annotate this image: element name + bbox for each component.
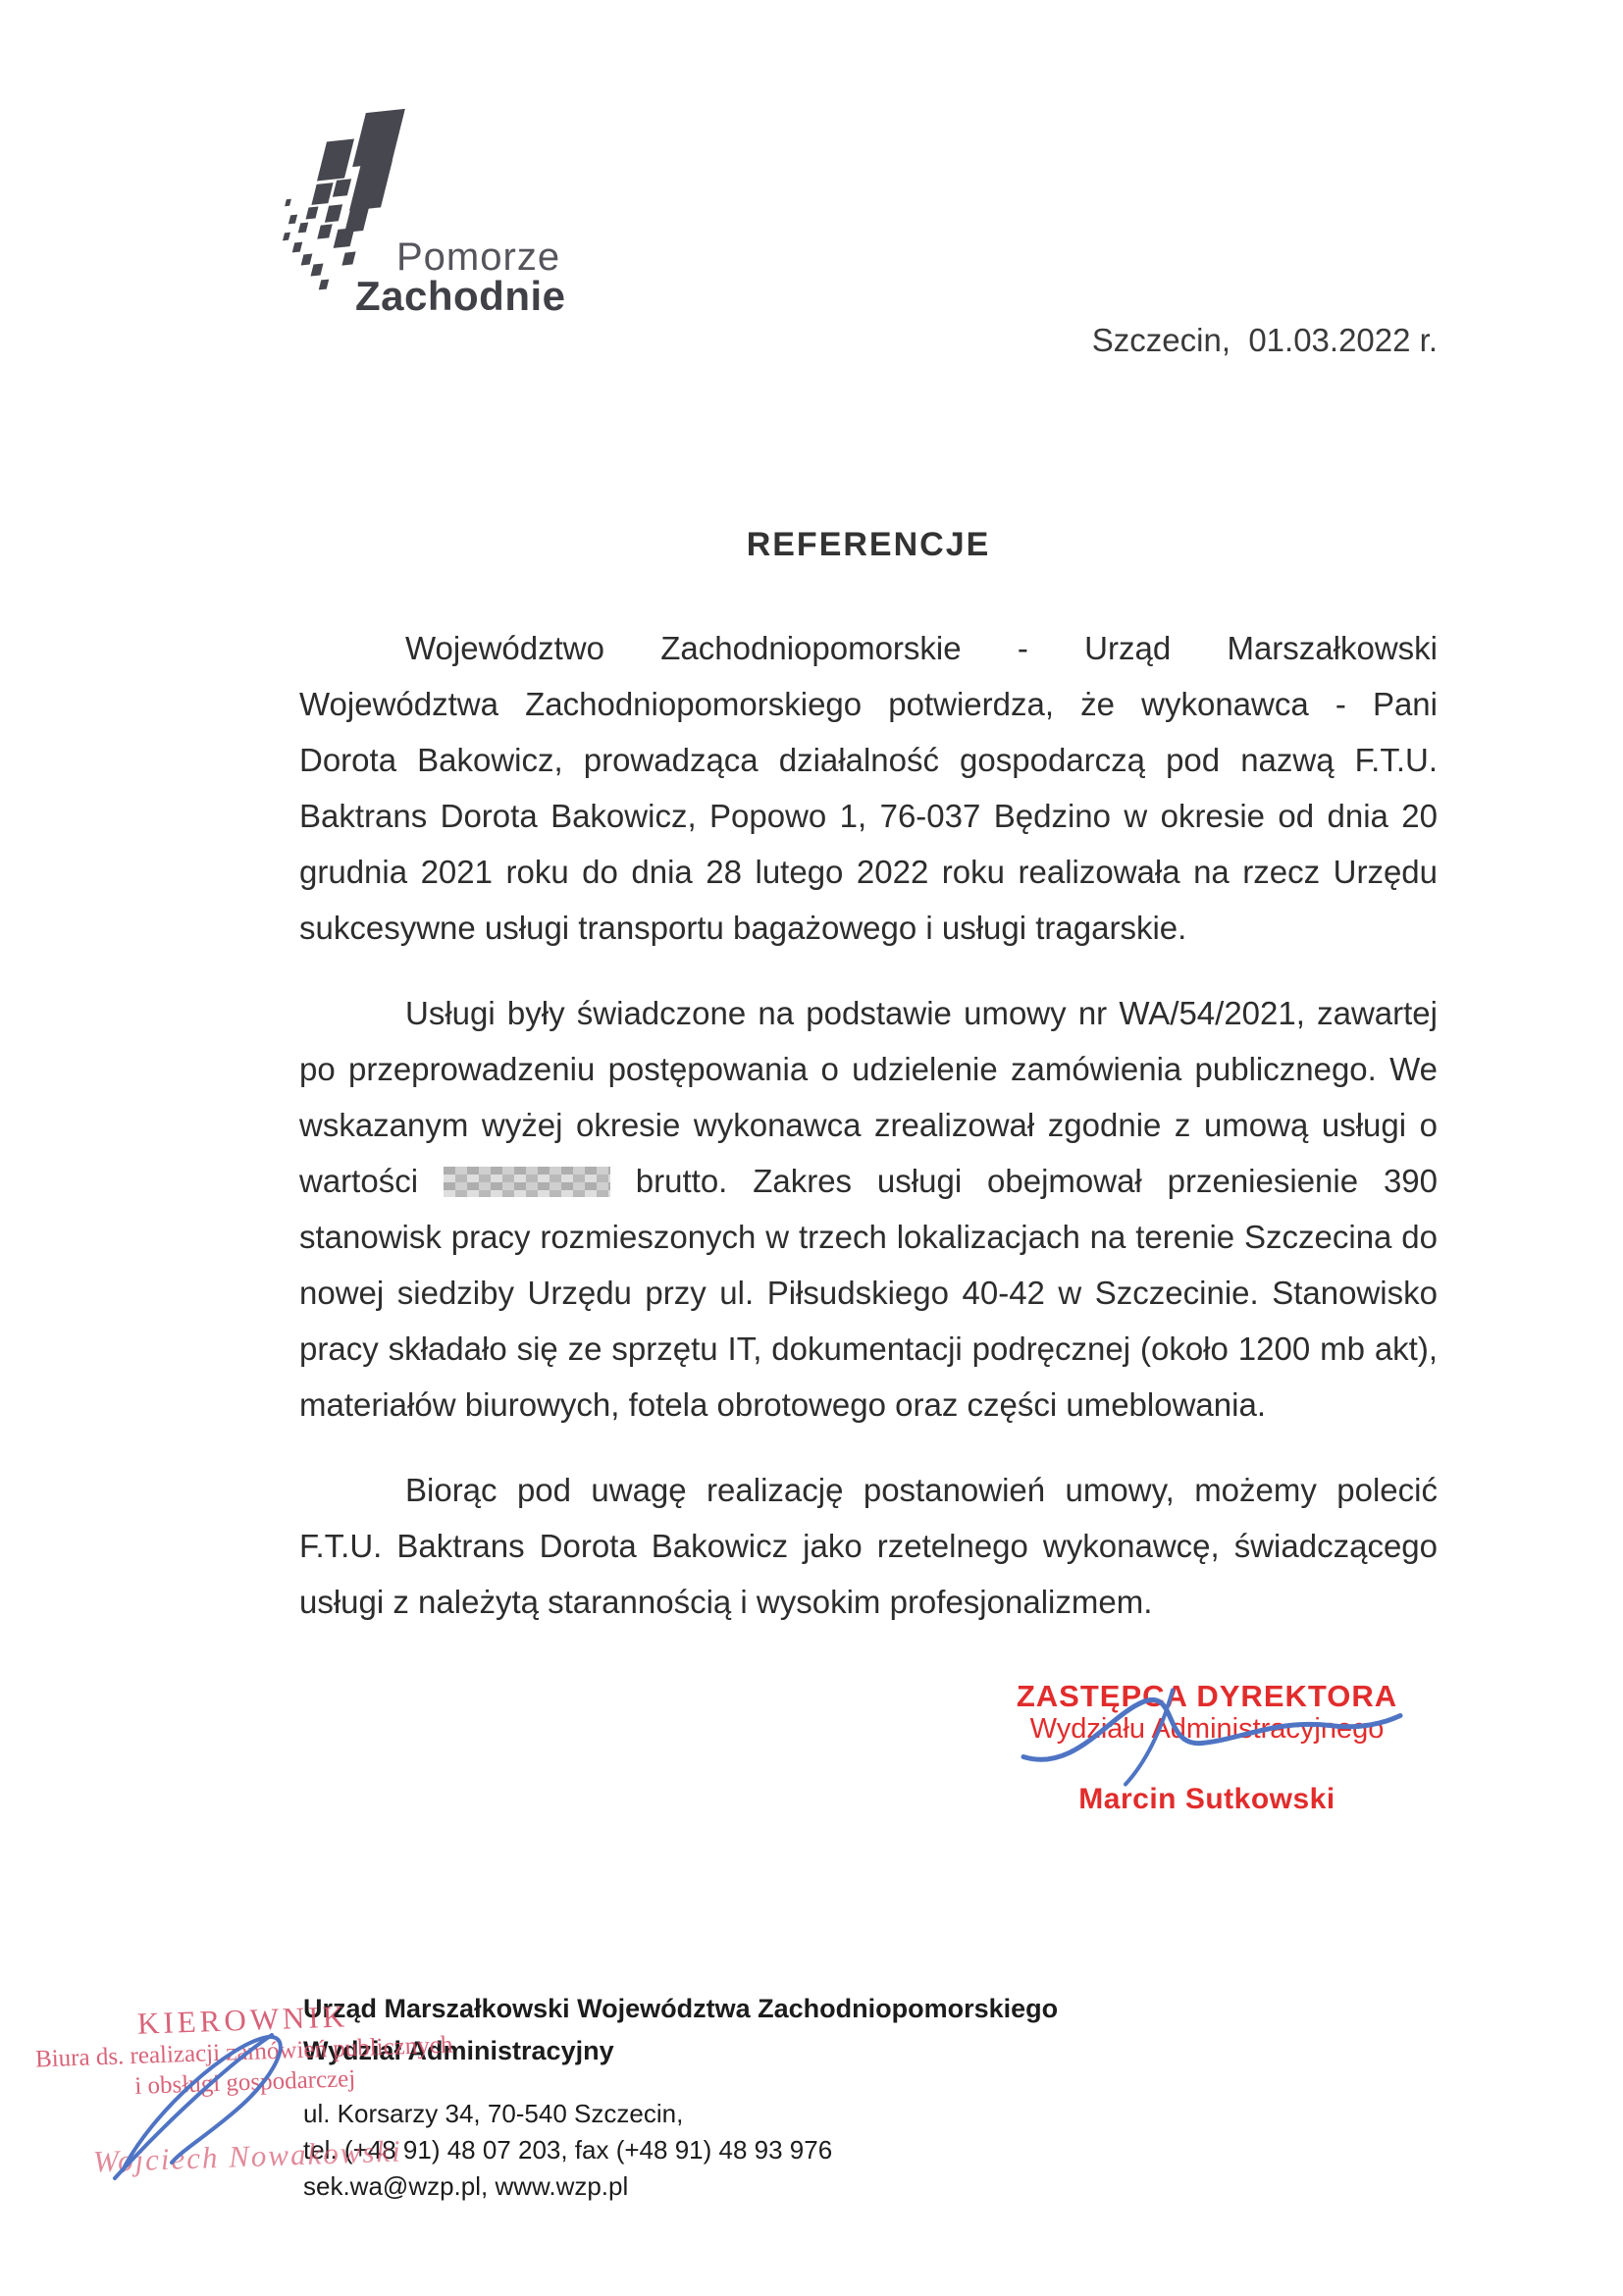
director-handwritten-signature bbox=[1016, 1684, 1408, 1797]
place-and-date: Szczecin, 01.03.2022 r. bbox=[299, 322, 1438, 359]
document-page: Pomorze Zachodnie Szczecin, 01.03.2022 r… bbox=[0, 0, 1623, 2296]
kierownik-handwritten-signature bbox=[83, 2013, 348, 2185]
footer-email-web: sek.wa@wzp.pl, www.wzp.pl bbox=[303, 2168, 1088, 2205]
paragraph-2: Usługi były świadczone na podstawie umow… bbox=[299, 985, 1438, 1433]
redacted-contract-value bbox=[444, 1167, 610, 1197]
paragraph-1-text: Województwo Zachodniopomorskie - Urząd M… bbox=[299, 630, 1438, 946]
logo-text-zachodnie: Zachodnie bbox=[355, 273, 566, 320]
document-title: REFERENCJE bbox=[299, 526, 1438, 564]
letter-body: Województwo Zachodniopomorskie - Urząd M… bbox=[299, 620, 1438, 1659]
paragraph-3: Biorąc pod uwagę realizację postanowień … bbox=[299, 1462, 1438, 1630]
paragraph-3-text: Biorąc pod uwagę realizację postanowień … bbox=[299, 1472, 1438, 1620]
paragraph-1: Województwo Zachodniopomorskie - Urząd M… bbox=[299, 620, 1438, 956]
paragraph-2-text-after-redaction: brutto. Zakres usługi obejmował przenies… bbox=[299, 1163, 1438, 1423]
